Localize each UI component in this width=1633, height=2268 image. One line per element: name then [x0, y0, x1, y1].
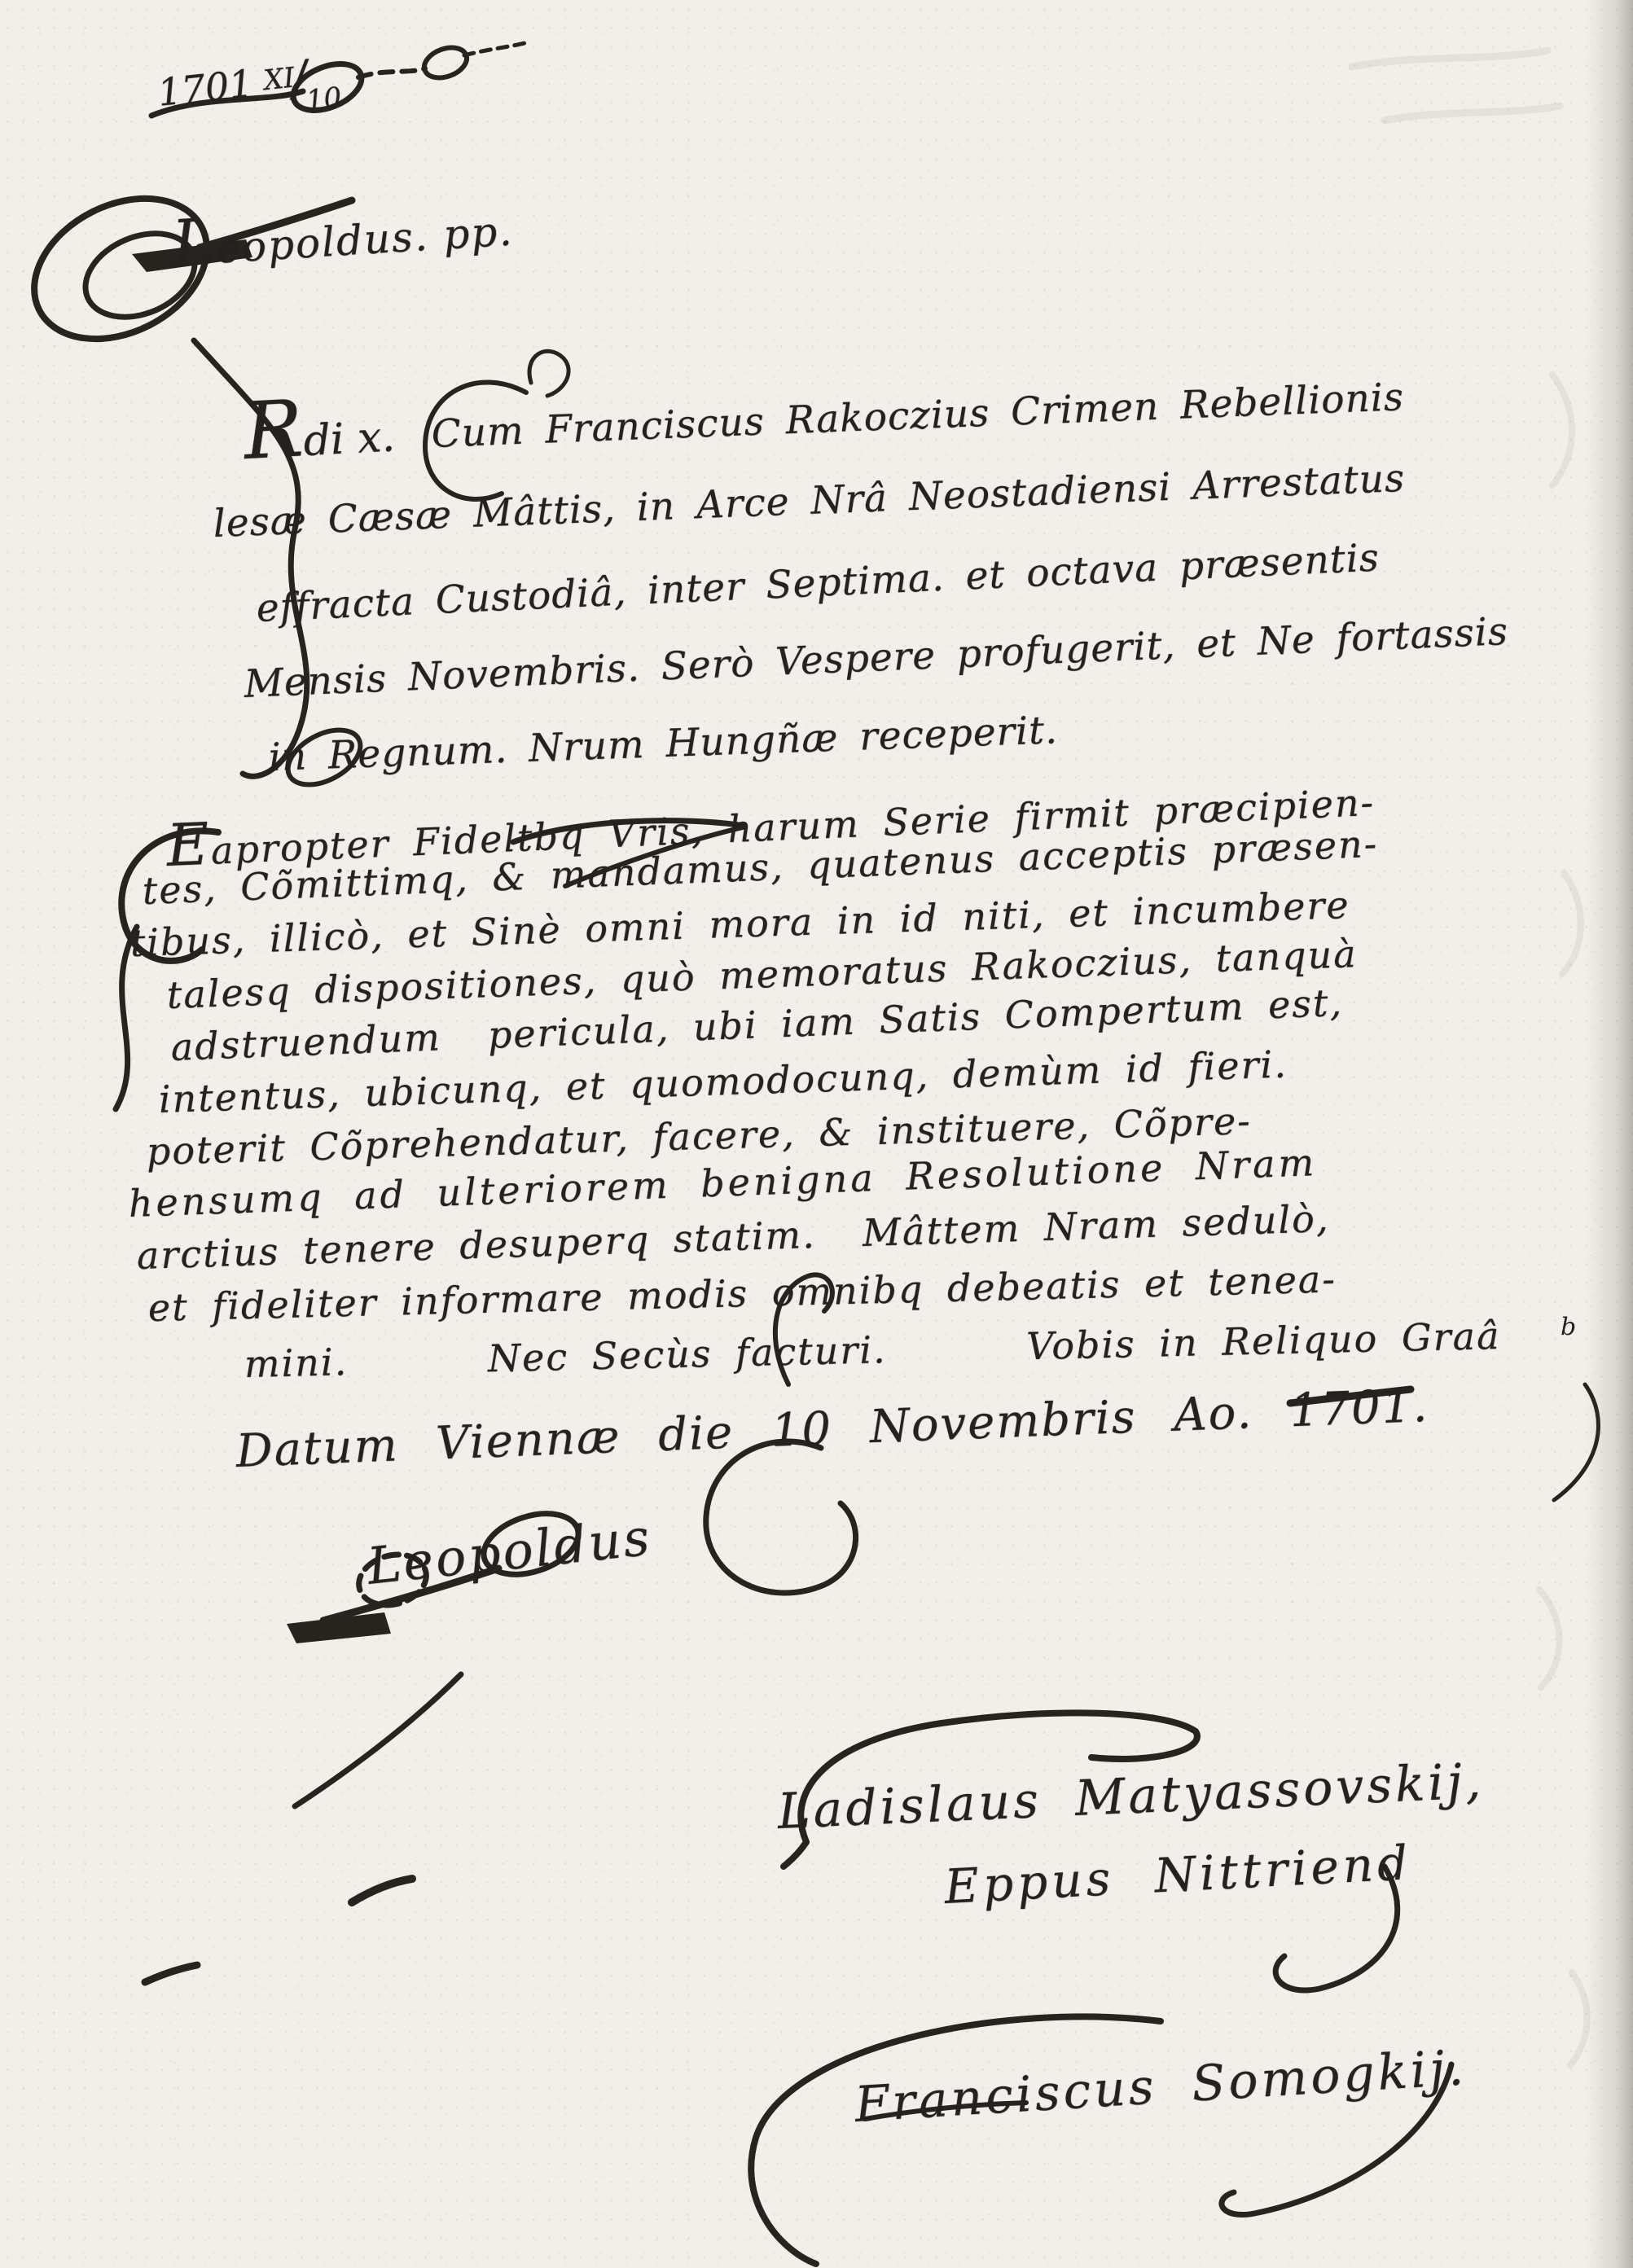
countersigner-title: Eppus Nittriend [943, 1837, 1413, 1914]
pen-dash-1 [352, 1879, 412, 1902]
manuscript-page: 1701XI/10 Leopoldus. pp. Rdi x. Cum Fran… [0, 0, 1633, 2268]
emperor-signature-wedge-tip [287, 1612, 391, 1643]
viennae-loop [706, 1441, 856, 1593]
archival-fraction: XI/10 [261, 53, 342, 112]
salutation: Rdi x. [242, 381, 397, 475]
bleedthrough-mark [1539, 1590, 1560, 1687]
body-line: in Regnum. Nrum Hungñæ receperit. [268, 709, 1059, 779]
countersigner1-flourish-tail [784, 1842, 806, 1867]
bleedthrough-mark [1570, 1972, 1587, 2065]
countersigner2-signature: Franciscus Somogkij. [854, 2041, 1468, 2132]
body-line: lesæ Cæsæ Mâttis, in Arce Nrâ Neostadien… [213, 458, 1406, 546]
emperor-signature: Leopoldus [365, 1510, 655, 1595]
cum-initial-curl [529, 351, 568, 396]
page-edge-shadow [1586, 0, 1633, 2268]
body-line: Mensis Novembris. Serò Vespere profugeri… [244, 611, 1509, 706]
bleedthrough-mark [1562, 873, 1581, 974]
date-flourish-dash [358, 68, 425, 77]
dateline: Datum Viennæ die 10 Novembris Ao. 1701. [235, 1381, 1430, 1477]
archival-date: 1701XI/10 [104, 12, 347, 170]
date-flourish-loop2 [420, 42, 471, 83]
bleedthrough-mark [1552, 375, 1572, 485]
bleedthrough-mark [1385, 106, 1560, 121]
archival-year: 1701 [156, 61, 255, 115]
countersigner-name: Ladislaus Matyassovskij, [776, 1754, 1485, 1839]
pen-dash-2 [145, 1965, 197, 1982]
emperor-signature-stroke [295, 1674, 461, 1806]
body-line: Cum Franciscus Rakoczius Crimen Rebellio… [431, 376, 1405, 456]
imperial-subscription: Leopoldus. pp. [170, 190, 515, 280]
countersigner2-flourish [751, 2016, 1161, 2264]
body-line: mini. Nec Secùs facturi. Vobis in Reliqu… [244, 1315, 1501, 1385]
body-line: effracta Custodiâ, inter Septima. et oct… [256, 537, 1381, 630]
reliquo-superscript: b [1561, 1313, 1576, 1341]
archival-day: 10 [305, 81, 343, 116]
bleedthrough-mark [1352, 50, 1547, 67]
date-flourish-tail [464, 42, 528, 55]
